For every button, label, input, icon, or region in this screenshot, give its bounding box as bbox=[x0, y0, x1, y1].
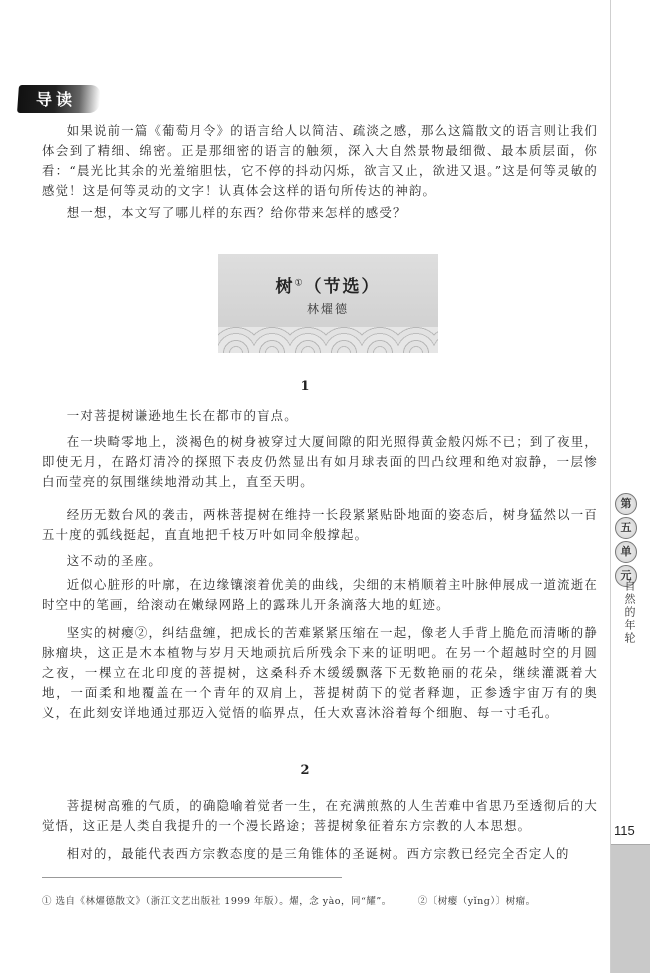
page-number: 115 bbox=[614, 823, 635, 838]
title-banner: 树①（节选） 林燿德 bbox=[218, 254, 438, 353]
unit-badge: 五 bbox=[615, 517, 637, 539]
title-text: 树 bbox=[275, 277, 294, 297]
unit-badge: 单 bbox=[615, 541, 637, 563]
title-subtitle: （节选） bbox=[305, 277, 381, 297]
body-paragraph: 近似心脏形的叶廓，在边缘镶滚着优美的曲线，尖细的末梢顺着主叶脉伸展成一道流逝在时… bbox=[42, 575, 598, 615]
unit-title: 自然的年轮 bbox=[617, 580, 637, 645]
article-title: 树①（节选） bbox=[218, 272, 438, 297]
unit-badge: 第 bbox=[615, 493, 637, 515]
body-paragraph: 相对的，最能代表西方宗教态度的是三角锥体的圣诞树。西方宗教已经完全否定人的 bbox=[42, 844, 598, 864]
margin-tab bbox=[611, 844, 650, 973]
guide-paragraph: 如果说前一篇《葡萄月令》的语言给人以简洁、疏淡之感，那么这篇散文的语言则让我们体… bbox=[42, 121, 598, 201]
guide-question: 想一想，本文写了哪儿样的东西？给你带来怎样的感受？ bbox=[42, 203, 598, 223]
footnote-2: ②〔树瘿（yǐng）〕树瘤。 bbox=[418, 896, 536, 907]
body-paragraph: 菩提树高雅的气质，的确隐喻着觉者一生，在充满煎熬的人生苦难中省思乃至透彻后的大觉… bbox=[42, 796, 598, 836]
footnotes: ① 选自《林燿德散文》（浙江文艺出版社 1999 年版）。燿，念 yào，同“耀… bbox=[42, 893, 536, 907]
wave-pattern-icon bbox=[218, 327, 438, 353]
body-paragraph: 一对菩提树谦逊地生长在都市的盲点。 bbox=[42, 406, 598, 426]
body-paragraph: 在一块畸零地上，淡褐色的树身被穿过大厦间隙的阳光照得黄金般闪烁不已；到了夜里，即… bbox=[42, 432, 598, 492]
footnote-divider bbox=[42, 877, 342, 878]
footnote-1: ① 选自《林燿德散文》（浙江文艺出版社 1999 年版）。燿，念 yào，同“耀… bbox=[42, 896, 392, 907]
body-paragraph: 经历无数台风的袭击，两株菩提树在维持一长段紧紧贴卧地面的姿态后，树身猛然以一百五… bbox=[42, 505, 598, 545]
guide-heading: 导读 bbox=[36, 87, 76, 110]
section-number: 2 bbox=[0, 763, 610, 778]
body-paragraph: 这不动的圣座。 bbox=[42, 551, 598, 571]
article-author: 林燿德 bbox=[218, 300, 438, 317]
footnote-marker[interactable]: ① bbox=[294, 278, 304, 288]
section-number: 1 bbox=[0, 379, 610, 394]
body-paragraph: 坚实的树瘿②，纠结盘缠，把成长的苦难紧紧压缩在一起，像老人手背上脆危而清晰的静脉… bbox=[42, 623, 598, 723]
unit-badge-column: 第 五 单 元 bbox=[612, 493, 640, 587]
